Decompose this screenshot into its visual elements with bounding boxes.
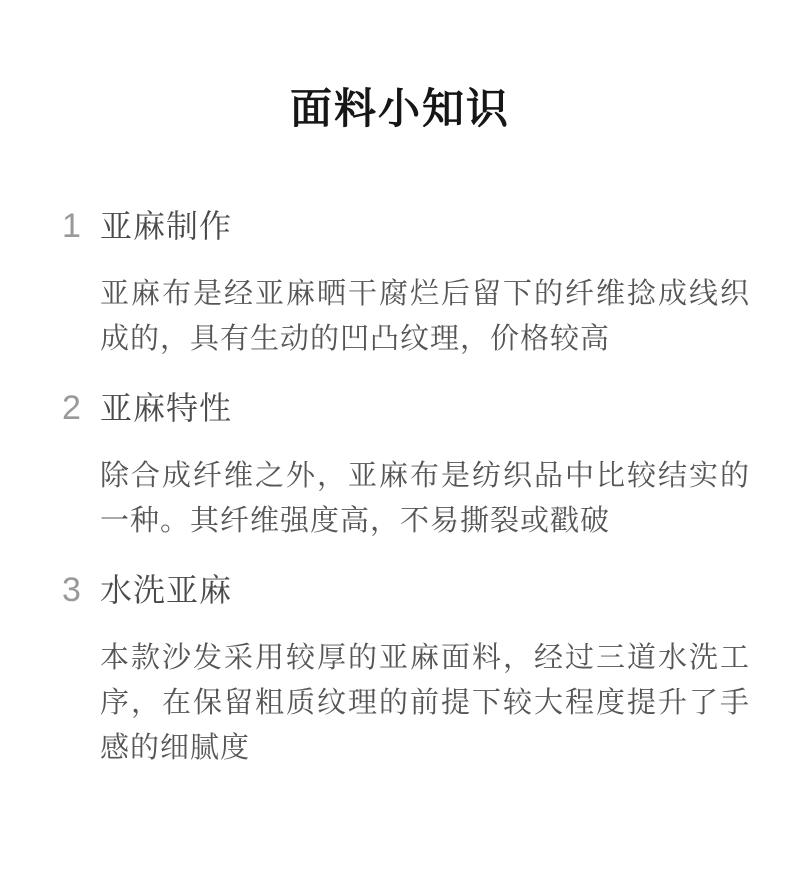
section-number: 3 (62, 572, 100, 608)
section-body: 本款沙发采用较厚的亚麻面料，经过三道水洗工序，在保留粗质纹理的前提下较大程度提升… (100, 636, 750, 771)
section-list: 1 亚麻制作 亚麻布是经亚麻晒干腐烂后留下的纤维捻成线织成的，具有生动的凹凸纹理… (62, 208, 745, 771)
section-item-2: 2 亚麻特性 除合成纤维之外，亚麻布是纺织品中比较结实的一种。其纤维强度高，不易… (62, 390, 745, 544)
section-heading: 亚麻特性 (100, 390, 232, 426)
section-heading: 亚麻制作 (100, 208, 232, 244)
section-header: 1 亚麻制作 (62, 208, 745, 244)
page-title: 面料小知识 (0, 0, 800, 134)
section-number: 2 (62, 390, 100, 426)
section-number: 1 (62, 208, 100, 244)
section-item-1: 1 亚麻制作 亚麻布是经亚麻晒干腐烂后留下的纤维捻成线织成的，具有生动的凹凸纹理… (62, 208, 745, 362)
section-body: 亚麻布是经亚麻晒干腐烂后留下的纤维捻成线织成的，具有生动的凹凸纹理，价格较高 (100, 272, 750, 362)
section-header: 2 亚麻特性 (62, 390, 745, 426)
section-heading: 水洗亚麻 (100, 572, 232, 608)
fabric-info-panel: 面料小知识 1 亚麻制作 亚麻布是经亚麻晒干腐烂后留下的纤维捻成线织成的，具有生… (0, 0, 800, 870)
section-item-3: 3 水洗亚麻 本款沙发采用较厚的亚麻面料，经过三道水洗工序，在保留粗质纹理的前提… (62, 572, 745, 771)
section-header: 3 水洗亚麻 (62, 572, 745, 608)
section-body: 除合成纤维之外，亚麻布是纺织品中比较结实的一种。其纤维强度高，不易撕裂或戳破 (100, 454, 750, 544)
